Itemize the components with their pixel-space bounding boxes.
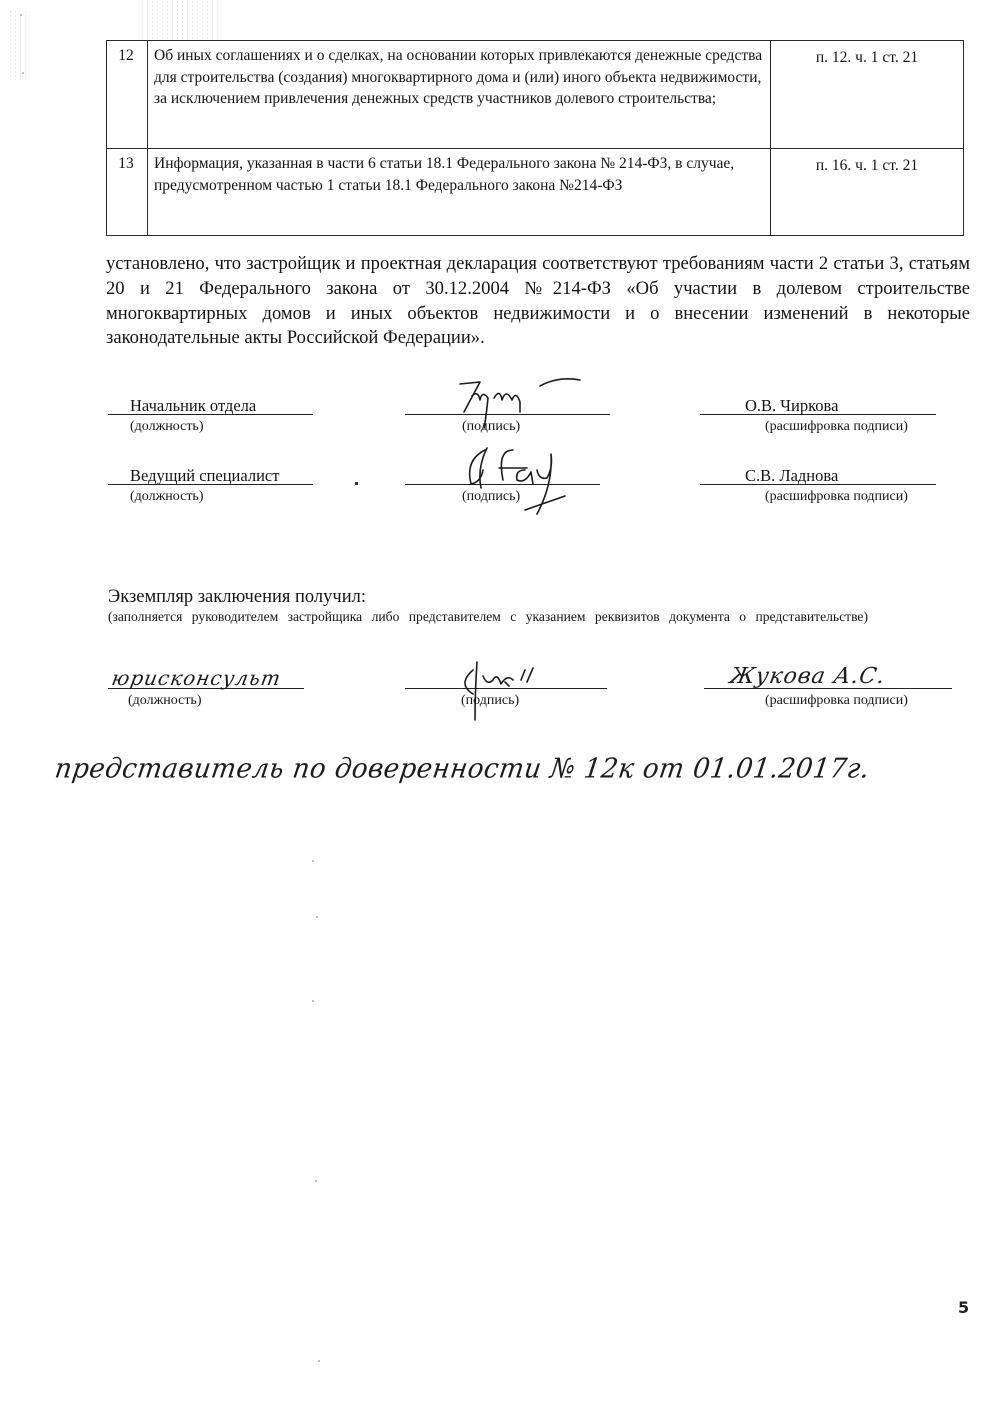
scan-speck — [318, 1360, 320, 1362]
row-reference: п. 16. ч. 1 ст. 21 — [771, 149, 964, 236]
scan-speck — [315, 1180, 317, 1182]
scan-speck — [355, 482, 358, 485]
row-text: Информация, указанная в части 6 статьи 1… — [148, 149, 771, 236]
receipt-title: Экземпляр заключения получил: — [108, 587, 366, 608]
requirements-table: 12 Об иных соглашениях и о сделках, на о… — [106, 40, 964, 236]
name-caption: (расшифровка подписи) — [765, 419, 908, 435]
row-reference: п. 12. ч. 1 ст. 21 — [771, 41, 964, 149]
signature-receipt — [455, 650, 545, 730]
signature-caption: (подпись) — [462, 489, 520, 505]
scan-speck — [316, 916, 318, 918]
scan-speck — [22, 72, 24, 74]
name-caption: (расшифровка подписи) — [765, 489, 908, 505]
table-row: 13 Информация, указанная в части 6 стать… — [107, 149, 964, 236]
signature-ladnova — [455, 440, 605, 530]
receipt-note: (заполняется руководителем застройщика л… — [108, 608, 966, 626]
signatory-name: О.В. Чиркова — [745, 396, 838, 416]
row-text: Об иных соглашениях и о сделках, на осно… — [148, 41, 771, 149]
table-row: 12 Об иных соглашениях и о сделках, на о… — [107, 41, 964, 149]
scan-speck — [20, 14, 22, 16]
scan-speck — [312, 860, 314, 862]
position-caption: (должность) — [128, 693, 201, 709]
receipt-position-handwritten: юрисконсульт — [110, 666, 283, 690]
row-number: 12 — [107, 41, 148, 149]
signatory-name: С.В. Ладнова — [745, 466, 838, 486]
handwritten-proxy-note: представитель по доверенности № 12к от 0… — [53, 753, 872, 785]
page-number: 5 — [958, 1298, 969, 1317]
signatory-position: Начальник отдела — [130, 396, 256, 416]
name-caption: (расшифровка подписи) — [765, 693, 908, 709]
signature-caption: (подпись) — [461, 693, 519, 709]
conclusion-paragraph: установлено, что застройщик и проектная … — [106, 252, 970, 351]
scan-noise — [8, 10, 28, 80]
position-caption: (должность) — [130, 419, 203, 435]
signature-caption: (подпись) — [462, 419, 520, 435]
scan-speck — [312, 1000, 314, 1002]
row-number: 13 — [107, 149, 148, 236]
scan-noise — [140, 0, 220, 40]
position-caption: (должность) — [130, 489, 203, 505]
signatory-position: Ведущий специалист — [130, 466, 279, 486]
receipt-name-handwritten: Жукова А.С. — [728, 664, 888, 689]
